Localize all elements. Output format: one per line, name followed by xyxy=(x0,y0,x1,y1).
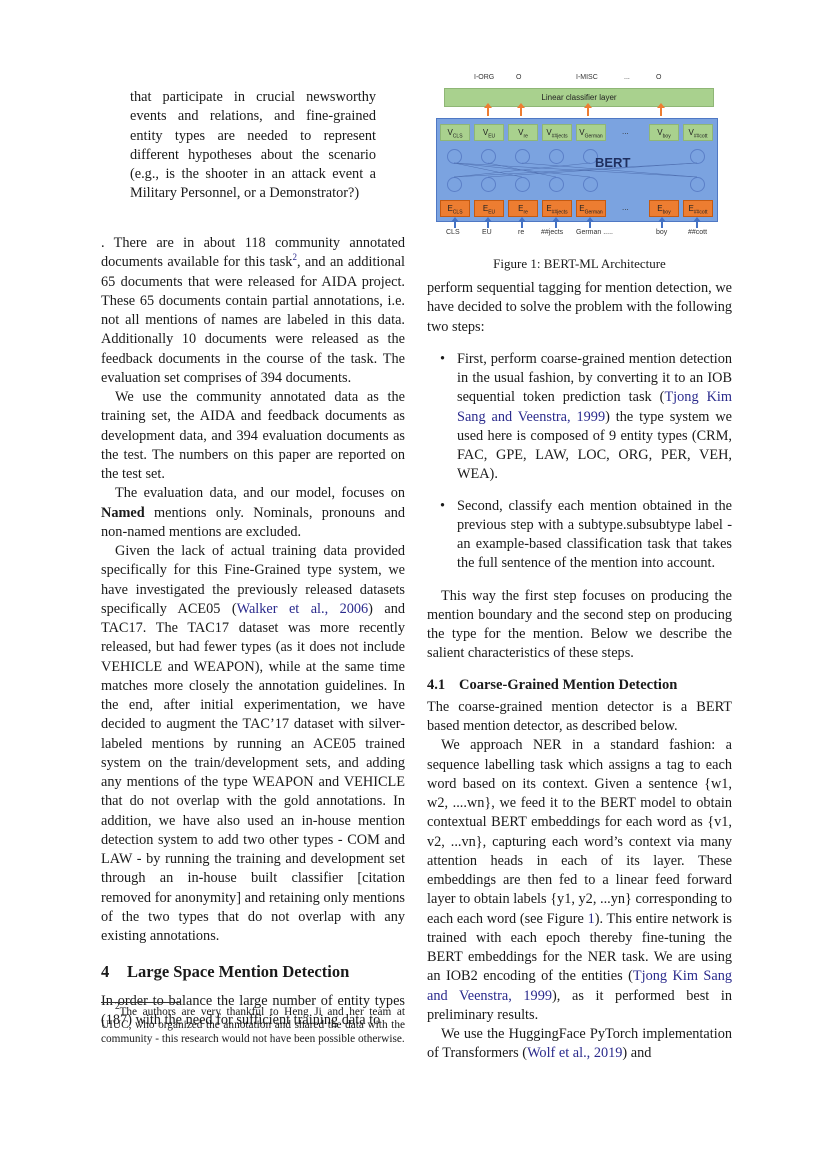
citation-walker-2006[interactable]: Walker et al., 2006 xyxy=(237,601,369,617)
paragraph-data-description: . There are in about 118 community annot… xyxy=(101,234,405,388)
text: ) and TAC17. The TAC17 dataset was more … xyxy=(101,601,405,944)
bert-block: VCLS VEU Vre V##jects VGerman ... Vboy V… xyxy=(436,118,718,222)
input-token: boy xyxy=(656,229,667,236)
bert-label: BERT xyxy=(595,155,630,170)
steps-list: •First, perform coarse-grained mention d… xyxy=(427,350,732,574)
input-token: re xyxy=(518,229,524,236)
output-label: I-ORG xyxy=(474,74,494,81)
citation-wolf-2019[interactable]: Wolf et al., 2019 xyxy=(527,1045,622,1061)
bullet-icon: • xyxy=(440,497,445,516)
scenario-quote: that participate in crucial newsworthy e… xyxy=(130,88,376,204)
subsection-number: 4.1 xyxy=(427,676,459,695)
e-sub: re xyxy=(523,210,527,216)
right-column: perform sequential tagging for mention d… xyxy=(427,279,732,1064)
arrow-up-icon xyxy=(589,220,591,228)
arrow-up-icon xyxy=(696,220,698,228)
e-box: EGerman xyxy=(576,200,606,217)
paragraph-datasets: Given the lack of actual training data p… xyxy=(101,542,405,946)
e-sub: boy xyxy=(663,210,671,216)
bert-ml-architecture-figure: I-ORG O I-MISC ... O Linear classifier l… xyxy=(428,74,728,239)
paragraph-two-steps: perform sequential tagging for mention d… xyxy=(427,279,732,337)
paragraph-data-split: We use the community annotated data as t… xyxy=(101,388,405,484)
paragraph-named-mentions: The evaluation data, and our model, focu… xyxy=(101,484,405,542)
ellipsis: ... xyxy=(622,203,629,212)
e-sub: German xyxy=(585,210,603,216)
text: mentions only. Nominals, pronouns and no… xyxy=(101,505,405,540)
e-sub: EU xyxy=(488,210,495,216)
e-box: E##jects xyxy=(542,200,572,217)
input-token: ##cott xyxy=(688,229,707,236)
input-token: German ..... xyxy=(576,229,613,236)
e-sub: ##cott xyxy=(694,210,708,216)
input-token: ##jects xyxy=(541,229,563,236)
text: , and an additional 65 documents that we… xyxy=(101,254,405,386)
arrow-up-icon xyxy=(454,220,456,228)
footnote-divider xyxy=(101,1002,181,1003)
input-token: EU xyxy=(482,229,492,236)
output-label: I-MISC xyxy=(576,74,598,81)
bullet-icon: • xyxy=(440,350,445,369)
footnote-text: The authors are very thankful to Heng Ji… xyxy=(101,1006,405,1045)
figure-ref-1[interactable]: 1 xyxy=(588,911,595,927)
arrow-up-icon xyxy=(521,220,523,228)
arrow-up-icon xyxy=(660,106,662,116)
output-label: ... xyxy=(624,74,630,81)
e-sub: CLS xyxy=(453,210,463,216)
output-label: O xyxy=(516,74,521,81)
e-box: Ere xyxy=(508,200,538,217)
text: We approach NER in a standard fashion: a… xyxy=(427,737,732,926)
input-token: CLS xyxy=(446,229,460,236)
arrow-up-icon xyxy=(487,220,489,228)
e-box: Eboy xyxy=(649,200,679,217)
e-box: E##cott xyxy=(683,200,713,217)
arrow-up-icon xyxy=(520,106,522,116)
bold-term: Named xyxy=(101,505,145,521)
e-sub: ##jects xyxy=(552,210,568,216)
arrow-up-icon xyxy=(487,106,489,116)
subsection-heading: 4.1Coarse-Grained Mention Detection xyxy=(427,676,732,695)
e-box: EEU xyxy=(474,200,504,217)
arrow-up-icon xyxy=(587,106,589,116)
list-item: •Second, classify each mention obtained … xyxy=(427,497,732,574)
footnote-2: 2The authors are very thankful to Heng J… xyxy=(101,1006,405,1046)
section-title: Large Space Mention Detection xyxy=(127,962,349,981)
text: The evaluation data, and our model, focu… xyxy=(115,485,405,501)
arrow-up-icon xyxy=(555,220,557,228)
section-number: 4 xyxy=(101,962,127,981)
paragraph-steps-summary: This way the first step focuses on produ… xyxy=(427,587,732,664)
text: ) and xyxy=(622,1045,651,1061)
paragraph-huggingface: We use the HuggingFace PyTorch implement… xyxy=(427,1025,732,1064)
figure-caption: Figure 1: BERT-ML Architecture xyxy=(427,256,732,272)
e-box: ECLS xyxy=(440,200,470,217)
left-column: . There are in about 118 community annot… xyxy=(101,234,405,1030)
output-label: O xyxy=(656,74,661,81)
paragraph-detector-intro: The coarse-grained mention detector is a… xyxy=(427,698,732,737)
arrow-up-icon xyxy=(661,220,663,228)
section-heading: 4Large Space Mention Detection xyxy=(101,962,405,981)
subsection-title: Coarse-Grained Mention Detection xyxy=(459,677,677,693)
text: Second, classify each mention obtained i… xyxy=(457,498,732,572)
list-item: •First, perform coarse-grained mention d… xyxy=(427,350,732,485)
paragraph-ner-approach: We approach NER in a standard fashion: a… xyxy=(427,736,732,1025)
